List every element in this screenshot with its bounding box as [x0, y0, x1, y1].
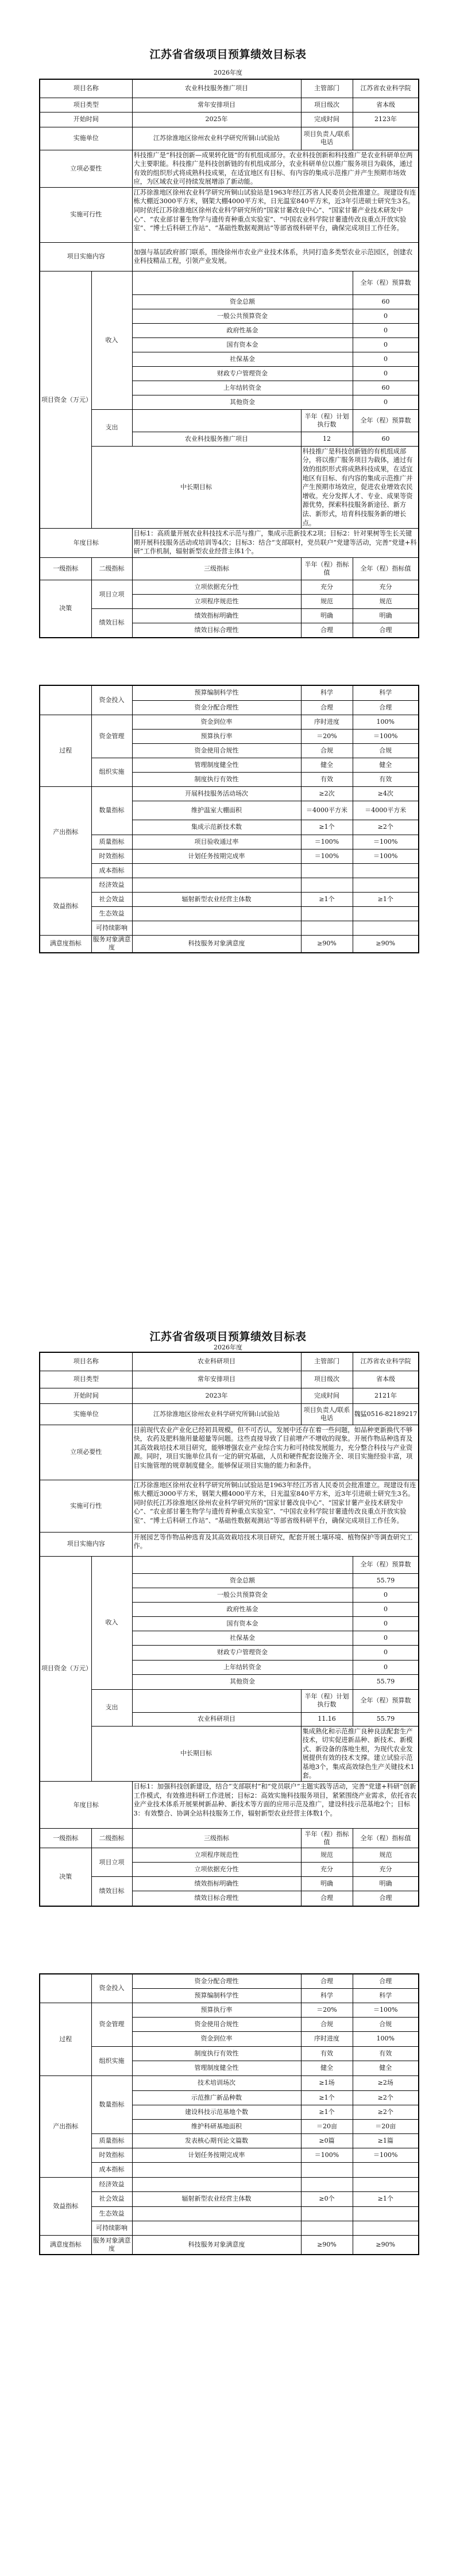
indicator-l3: 资金到位率 — [132, 2031, 301, 2046]
indicator-row: 过程 资金管理 预算执行率 ＝20% ＝100% — [40, 2003, 419, 2017]
indicator-full: ＝100% — [353, 729, 419, 743]
indicator-half: 明确 — [301, 1877, 353, 1891]
indicator-half: 合规 — [301, 2017, 353, 2031]
budget-table-doc1-page2: 资金投入 预算编制科学性 科学 科学 资金分配合理性 合理 合理 过程 资金管理… — [39, 685, 419, 953]
indicator-l3: 科技服务对象满意度 — [132, 935, 301, 953]
label-leader: 项目负责人/联系电话 — [301, 127, 353, 150]
value-start-time: 2023年 — [132, 1388, 301, 1403]
indicator-half: ≥1个 — [301, 2090, 353, 2105]
row-annual: 年度目标 目标1：加强科技创新建设，结合“支部联村”和“党员联户”主题实践等活动… — [40, 1782, 419, 1829]
label-end-time: 完成时间 — [301, 112, 353, 127]
value-start-time: 2025年 — [132, 112, 301, 127]
indicator-full: 健全 — [353, 758, 419, 772]
indicator-l2: 资金投入 — [91, 1974, 132, 2003]
indicator-half: 有效 — [301, 2046, 353, 2061]
income-name: 一般公共预算资金 — [132, 309, 353, 323]
indicator-full: 科学 — [353, 1988, 419, 2003]
indicator-l1: 决策 — [40, 1848, 91, 1906]
indicator-l2: 时效指标 — [91, 849, 132, 863]
income-value: 0 — [353, 1631, 419, 1645]
indicator-half: 健全 — [301, 758, 353, 772]
indicator-full — [353, 2206, 419, 2221]
indicator-half: ＝100% — [301, 2148, 353, 2162]
header-half: 半年（程）指标值 — [301, 558, 353, 580]
indicator-row: 质量指标 项目验收通过率 ＝100% ＝100% — [40, 835, 419, 849]
label-dept: 主管部门 — [301, 1352, 353, 1371]
indicator-row: 时效指标 计划任务按期完成率 ＝100% ＝100% — [40, 2148, 419, 2162]
indicator-l2: 生态效益 — [91, 906, 132, 921]
indicator-l1: 过程 — [40, 2003, 91, 2075]
value-project-level: 省本级 — [353, 1371, 419, 1388]
indicator-row: 产出指标 数量指标 技术培训场次 ≥1场 ≥2场 — [40, 2075, 419, 2090]
value-long-term: 集成熟化和示范推广良种良法配套生产技术，切实促进新品种、新技术、新模式、新设备的… — [301, 1726, 419, 1782]
indicator-l2: 质量指标 — [91, 835, 132, 849]
indicator-half: 序时进度 — [301, 2031, 353, 2046]
header-l1: 一级指标 — [40, 1829, 91, 1848]
label-long-term: 中长期目标 — [91, 446, 301, 528]
indicator-full: ＝20亩 — [353, 2119, 419, 2133]
indicator-row: 资金投入 资金分配合理性 合理 合理 — [40, 1974, 419, 1988]
income-name: 社保基金 — [132, 352, 353, 366]
indicator-full: 科学 — [353, 685, 419, 700]
form-title: 江苏省省级项目预算绩效目标表 — [0, 1328, 456, 1344]
indicator-row: 组织实施 制度执行有效性 有效 有效 — [40, 2046, 419, 2061]
indicator-full: 明确 — [353, 1877, 419, 1891]
indicator-full: 明确 — [353, 609, 419, 623]
indicator-l3: 辐射新型农业经营主体数 — [132, 2191, 301, 2206]
indicator-full: 合理 — [353, 1974, 419, 1988]
income-value: 0 — [353, 309, 419, 323]
income-value: 0 — [353, 337, 419, 352]
indicator-l3 — [132, 863, 301, 878]
label-content: 项目实施内容 — [40, 1532, 132, 1556]
indicator-row: 成本指标 — [40, 2162, 419, 2177]
income-name: 资金总额 — [132, 1573, 353, 1588]
indicator-l3 — [132, 878, 301, 892]
indicator-half: ≥90% — [301, 2235, 353, 2255]
indicator-l3: 项目验收通过率 — [132, 835, 301, 849]
value-feasibility: 江苏徐淮地区徐州农业科学研究所铜山试验站是1963年经江苏省人民委员会批准建立。… — [132, 1480, 419, 1532]
row-indicator-header: 一级指标 二级指标 三级指标 半年（程）指标值 全年（程）指标值 — [40, 1829, 419, 1848]
indicator-half: 有效 — [301, 772, 353, 786]
form-year: 2026年度 — [0, 1343, 456, 1352]
indicator-row: 社会效益 辐射新型农业经营主体数 ≥1个 ≥1个 — [40, 892, 419, 906]
indicator-l2: 成本指标 — [91, 863, 132, 878]
row-feasibility: 实施可行性 江苏徐淮地区徐州农业科学研究所铜山试验站是1963年经江苏省人民委员… — [40, 1480, 419, 1532]
indicator-half: 明确 — [301, 609, 353, 623]
label-annual: 年度目标 — [40, 529, 132, 558]
indicator-full: 合规 — [353, 2017, 419, 2031]
value-leader: 魏猛0516-82189217 — [353, 1403, 419, 1425]
income-value: 55.79 — [353, 1674, 419, 1689]
indicator-l3: 绩效指标明确性 — [132, 1877, 301, 1891]
indicator-full: ≥2个 — [353, 2105, 419, 2119]
indicator-l1 — [40, 685, 91, 715]
row-content: 项目实施内容 开展园艺等作物品种选育及其高效栽培技术项目研究，配套开展土壤环境、… — [40, 1532, 419, 1556]
row-expense-header: 支出 半年（程）计划执行数 全年（程）预算数 — [40, 1689, 419, 1712]
indicator-l3: 资金使用合规性 — [132, 743, 301, 758]
row-long-term: 中长期目标 科技推广是科技创新链的有机组成部分，将以推广服务项目为载体，通过有效… — [40, 446, 419, 528]
indicator-half: ＝20% — [301, 729, 353, 743]
indicator-l2: 成本指标 — [91, 2162, 132, 2177]
indicator-full — [353, 863, 419, 878]
income-name: 财政专户管理资金 — [132, 366, 353, 381]
indicator-full: ＝4000平方米 — [353, 801, 419, 820]
indicator-full: 健全 — [353, 2061, 419, 2075]
indicator-l3: 计划任务按期完成率 — [132, 2148, 301, 2162]
header-l3: 三级指标 — [132, 1829, 301, 1848]
income-value: 55.79 — [353, 1573, 419, 1588]
income-value: 60 — [353, 294, 419, 309]
indicator-l3: 资金分配合理性 — [132, 1974, 301, 1988]
indicator-l2: 服务对象满意度 — [91, 935, 132, 953]
row-necessity: 立项必要性 目前现代农业产业化已经初具规模，但不可否认，发展中还存在着一些问题，… — [40, 1425, 419, 1480]
indicator-half: ≥1场 — [301, 2075, 353, 2090]
indicator-l2: 组织实施 — [91, 758, 132, 786]
indicator-full: ＝100% — [353, 2003, 419, 2017]
indicator-half — [301, 863, 353, 878]
indicator-row: 决策 项目立项 立项依据充分性 充分 充分 — [40, 580, 419, 595]
row-expense-header: 支出 半年（程）计划执行数 全年（程）预算数 — [40, 409, 419, 432]
income-name: 资金总额 — [132, 294, 353, 309]
label-content: 项目实施内容 — [40, 242, 132, 271]
indicator-half — [301, 878, 353, 892]
label-income: 收入 — [91, 271, 132, 409]
indicator-l3: 预算编制科学性 — [132, 685, 301, 700]
indicator-l2: 生态效益 — [91, 2206, 132, 2221]
indicator-half — [301, 2162, 353, 2177]
indicator-half: 健全 — [301, 2061, 353, 2075]
indicator-l3: 维护温室大棚面积 — [132, 801, 301, 820]
indicator-l3: 建设科技示范基地个数 — [132, 2105, 301, 2119]
income-value: 0 — [353, 366, 419, 381]
expense-header-blank — [132, 409, 301, 432]
indicator-half: 科学 — [301, 1988, 353, 2003]
income-name: 政府性基金 — [132, 323, 353, 337]
indicator-l2: 经济效益 — [91, 2177, 132, 2191]
expense-header-half: 半年（程）计划执行数 — [301, 409, 353, 432]
indicator-full: 有效 — [353, 2046, 419, 2061]
label-expense: 支出 — [91, 409, 132, 446]
indicator-l2: 可持续影响 — [91, 921, 132, 935]
income-header-blank — [132, 271, 353, 294]
indicator-l1: 效益指标 — [40, 878, 91, 935]
indicator-row: 产出指标 数量指标 开展科技服务活动场次 ≥2次 ≥4次 — [40, 786, 419, 801]
indicator-row: 决策 项目立项 立项程序规范性 规范 规范 — [40, 1848, 419, 1863]
row-dates: 开始时间 2023年 完成时间 2121年 — [40, 1388, 419, 1403]
indicator-l3: 预算执行率 — [132, 2003, 301, 2017]
income-value: 60 — [353, 381, 419, 395]
row-annual: 年度目标 目标1：高质量开展农业科技技术示范与推广，集成示范新技术2项；目标2：… — [40, 529, 419, 558]
indicator-l2: 绩效目标 — [91, 1877, 132, 1906]
indicator-full — [353, 2162, 419, 2177]
indicator-half: ≥1个 — [301, 892, 353, 906]
label-project-level: 项目级次 — [301, 1371, 353, 1388]
indicator-l2: 数量指标 — [91, 786, 132, 835]
indicator-half: 科学 — [301, 685, 353, 700]
expense-full: 55.79 — [353, 1712, 419, 1726]
label-leader: 项目负责人/联系电话 — [301, 1403, 353, 1425]
value-feasibility: 江苏徐淮地区徐州农业科学研究所铜山试验站是1963年经江苏省人民委员会批准建立。… — [132, 187, 419, 242]
indicator-l3: 制度执行有效性 — [132, 2046, 301, 2061]
indicator-row: 资金投入 预算编制科学性 科学 科学 — [40, 685, 419, 700]
label-unit: 实施单位 — [40, 127, 132, 150]
label-project-name: 项目名称 — [40, 1352, 132, 1371]
value-project-name: 农业科技服务推广项目 — [132, 79, 301, 98]
header-l1: 一级指标 — [40, 558, 91, 580]
indicator-full: ≥2场 — [353, 2075, 419, 2090]
indicator-half: 合理 — [301, 700, 353, 715]
row-project-name: 项目名称 农业科研项目 主管部门 江苏省农业科学院 — [40, 1352, 419, 1371]
value-annual: 目标1：加强科技创新建设，结合“支部联村”和“党员联户”主题实践等活动，完善“党… — [132, 1782, 419, 1829]
indicator-l1: 决策 — [40, 580, 91, 638]
indicator-l3: 示范推广新品种数 — [132, 2090, 301, 2105]
indicator-row: 绩效目标 绩效指标明确性 明确 明确 — [40, 1877, 419, 1891]
value-content: 加强与基层政府部门联系，围绕徐州市农业产业技术体系，共同打造多类型农业示范园区，… — [132, 242, 419, 271]
income-name: 上年结转资金 — [132, 1660, 353, 1674]
indicator-row: 社会效益 辐射新型农业经营主体数 ≥0个 ≥1个 — [40, 2191, 419, 2206]
income-value: 0 — [353, 1616, 419, 1631]
indicator-full: 100% — [353, 715, 419, 729]
label-necessity: 立项必要性 — [40, 150, 132, 187]
indicator-row: 组织实施 管理制度健全性 健全 健全 — [40, 758, 419, 772]
indicator-l3 — [132, 2162, 301, 2177]
label-feasibility: 实施可行性 — [40, 187, 132, 242]
indicator-l3: 绩效目标合理性 — [132, 1891, 301, 1906]
indicator-full — [353, 2221, 419, 2235]
indicator-full: ≥1个 — [353, 892, 419, 906]
value-project-name: 农业科研项目 — [132, 1352, 301, 1371]
form-year: 2026年度 — [0, 68, 456, 77]
expense-name: 农业科技服务推广项目 — [132, 432, 301, 446]
indicator-half — [301, 2177, 353, 2191]
row-dates: 开始时间 2025年 完成时间 2123年 — [40, 112, 419, 127]
indicator-row: 满意度指标 服务对象满意度 科技服务对象满意度 ≥90% ≥90% — [40, 935, 419, 953]
indicator-full — [353, 2177, 419, 2191]
row-indicator-header: 一级指标 二级指标 三级指标 半年（程）指标值 全年（程）指标值 — [40, 558, 419, 580]
income-header-full: 全年（程）预算数 — [353, 1556, 419, 1573]
value-dept: 江苏省农业科学院 — [353, 1352, 419, 1371]
header-l3: 三级指标 — [132, 558, 301, 580]
expense-header-full: 全年（程）预算数 — [353, 409, 419, 432]
expense-half: 12 — [301, 432, 353, 446]
value-leader — [353, 127, 419, 150]
expense-full: 60 — [353, 432, 419, 446]
indicator-l1: 产出指标 — [40, 2075, 91, 2177]
indicator-l3: 技术培训场次 — [132, 2075, 301, 2090]
indicator-half: ≥1个 — [301, 2105, 353, 2119]
indicator-row: 可持续影响 — [40, 921, 419, 935]
income-name: 财政专户管理资金 — [132, 1645, 353, 1660]
label-necessity: 立项必要性 — [40, 1425, 132, 1480]
indicator-full: 合理 — [353, 623, 419, 638]
indicator-l1: 效益指标 — [40, 2177, 91, 2235]
indicator-l2: 资金投入 — [91, 685, 132, 715]
label-project-name: 项目名称 — [40, 79, 132, 98]
indicator-l3: 管理制度健全性 — [132, 758, 301, 772]
income-name: 其他资金 — [132, 1674, 353, 1689]
indicator-l3 — [132, 2206, 301, 2221]
indicator-l3: 科技服务对象满意度 — [132, 2235, 301, 2255]
indicator-full: 有效 — [353, 772, 419, 786]
header-l2: 二级指标 — [91, 558, 132, 580]
indicator-l3: 预算编制科学性 — [132, 1988, 301, 2003]
indicator-l3: 立项依据充分性 — [132, 1863, 301, 1877]
expense-header-half: 半年（程）计划执行数 — [301, 1689, 353, 1712]
indicator-row: 可持续影响 — [40, 2221, 419, 2235]
indicator-half: ≥1个 — [301, 820, 353, 835]
indicator-half: ≥0篇 — [301, 2133, 353, 2148]
indicator-full: 规范 — [353, 595, 419, 609]
indicator-half: ＝100% — [301, 835, 353, 849]
indicator-l3: 立项程序规范性 — [132, 595, 301, 609]
indicator-l3 — [132, 2177, 301, 2191]
indicator-full: ≥1个 — [353, 2191, 419, 2206]
indicator-half: ＝20亩 — [301, 2119, 353, 2133]
indicator-full — [353, 906, 419, 921]
indicator-row: 成本指标 — [40, 863, 419, 878]
indicator-l1 — [40, 1974, 91, 2003]
indicator-l1: 产出指标 — [40, 786, 91, 878]
indicator-row: 满意度指标 服务对象满意度 科技服务对象满意度 ≥90% ≥90% — [40, 2235, 419, 2255]
indicator-half: ≥90% — [301, 935, 353, 953]
indicator-full: ＝100% — [353, 835, 419, 849]
form-title: 江苏省省级项目预算绩效目标表 — [0, 46, 456, 61]
header-half: 半年（程）指标值 — [301, 1829, 353, 1848]
indicator-l2: 服务对象满意度 — [91, 2235, 132, 2255]
indicator-l2: 质量指标 — [91, 2133, 132, 2148]
row-income-header: 项目资金（万元） 收入 全年（程）预算数 — [40, 1556, 419, 1573]
indicator-full: ≥90% — [353, 935, 419, 953]
income-name: 上年结转资金 — [132, 381, 353, 395]
indicator-l3: 预算执行率 — [132, 729, 301, 743]
indicator-l3: 计划任务按期完成率 — [132, 849, 301, 863]
label-project-level: 项目级次 — [301, 98, 353, 112]
indicator-full: 合理 — [353, 1891, 419, 1906]
indicator-l2: 社会效益 — [91, 892, 132, 906]
label-dept: 主管部门 — [301, 79, 353, 98]
indicator-full: 合规 — [353, 743, 419, 758]
expense-header-blank — [132, 1689, 301, 1712]
indicator-half — [301, 2206, 353, 2221]
indicator-half: ＝100% — [301, 849, 353, 863]
header-full: 全年（程）指标值 — [353, 558, 419, 580]
value-necessity: 科技推广是“科技创新—成果转化链”的有机组成部分。农业科技创新和科技推广是农业科… — [132, 150, 419, 187]
indicator-full — [353, 878, 419, 892]
label-project-type: 项目类型 — [40, 1371, 132, 1388]
indicator-row: 绩效目标 绩效指标明确性 明确 明确 — [40, 609, 419, 623]
row-long-term: 中长期目标 集成熟化和示范推广良种良法配套生产技术，切实促进新品种、新技术、新模… — [40, 1726, 419, 1782]
label-funding: 项目资金（万元） — [40, 1556, 91, 1782]
indicator-row: 时效指标 计划任务按期完成率 ＝100% ＝100% — [40, 849, 419, 863]
indicator-full: 合理 — [353, 700, 419, 715]
indicator-l3: 资金分配合理性 — [132, 700, 301, 715]
indicator-half: 合理 — [301, 1891, 353, 1906]
indicator-l3 — [132, 2221, 301, 2235]
indicator-full: ≥1篇 — [353, 2133, 419, 2148]
indicator-full: ≥2个 — [353, 820, 419, 835]
label-feasibility: 实施可行性 — [40, 1480, 132, 1532]
label-unit: 实施单位 — [40, 1403, 132, 1425]
indicator-l3: 资金到位率 — [132, 715, 301, 729]
income-name: 政府性基金 — [132, 1602, 353, 1616]
income-header-blank — [132, 1556, 353, 1573]
value-content: 开展园艺等作物品种选育及其高效栽培技术项目研究，配套开展土壤环境、植物保护等调查… — [132, 1532, 419, 1556]
indicator-l1: 满意度指标 — [40, 2235, 91, 2255]
income-name: 社保基金 — [132, 1631, 353, 1645]
indicator-l3: 发表核心期刊论文篇数 — [132, 2133, 301, 2148]
income-value: 0 — [353, 1588, 419, 1602]
indicator-half: ≥0个 — [301, 2191, 353, 2206]
label-project-type: 项目类型 — [40, 98, 132, 112]
indicator-half: 合理 — [301, 623, 353, 638]
income-value: 0 — [353, 323, 419, 337]
header-l2: 二级指标 — [91, 1829, 132, 1848]
indicator-l3: 集成示范新技术数 — [132, 820, 301, 835]
indicator-l3: 绩效指标明确性 — [132, 609, 301, 623]
indicator-half: 合规 — [301, 743, 353, 758]
label-funding: 项目资金（万元） — [40, 271, 91, 528]
indicator-row: 生态效益 — [40, 906, 419, 921]
value-unit: 江苏徐淮地区徐州农业科学研究所铜山试验站 — [132, 127, 301, 150]
indicator-l2: 项目立项 — [91, 1848, 132, 1877]
indicator-l2: 经济效益 — [91, 878, 132, 892]
row-project-name: 项目名称 农业科技服务推广项目 主管部门 江苏省农业科学院 — [40, 79, 419, 98]
indicator-full: 充分 — [353, 580, 419, 595]
indicator-full: ≥2个 — [353, 2090, 419, 2105]
row-feasibility: 实施可行性 江苏徐淮地区徐州农业科学研究所铜山试验站是1963年经江苏省人民委员… — [40, 187, 419, 242]
indicator-half: ＝20% — [301, 2003, 353, 2017]
indicator-l3: 辐射新型农业经营主体数 — [132, 892, 301, 906]
label-expense: 支出 — [91, 1689, 132, 1726]
value-project-type: 常年安排项目 — [132, 1371, 301, 1388]
indicator-l3: 管理制度健全性 — [132, 2061, 301, 2075]
indicator-half: ＝4000平方米 — [301, 801, 353, 820]
indicator-half — [301, 906, 353, 921]
indicator-l2: 项目立项 — [91, 580, 132, 609]
indicator-full — [353, 921, 419, 935]
row-income-header: 项目资金（万元） 收入 全年（程）预算数 — [40, 271, 419, 294]
indicator-l3: 绩效目标合理性 — [132, 623, 301, 638]
expense-header-full: 全年（程）预算数 — [353, 1689, 419, 1712]
indicator-l1: 满意度指标 — [40, 935, 91, 953]
row-unit: 实施单位 江苏徐淮地区徐州农业科学研究所铜山试验站 项目负责人/联系电话 — [40, 127, 419, 150]
indicator-l2: 资金管理 — [91, 2003, 132, 2046]
indicator-l3 — [132, 906, 301, 921]
label-long-term: 中长期目标 — [91, 1726, 301, 1782]
row-unit: 实施单位 江苏徐淮地区徐州农业科学研究所铜山试验站 项目负责人/联系电话 魏猛0… — [40, 1403, 419, 1425]
indicator-row: 效益指标 经济效益 — [40, 2177, 419, 2191]
row-project-type: 项目类型 常年安排项目 项目级次 省本级 — [40, 1371, 419, 1388]
indicator-half: 充分 — [301, 580, 353, 595]
indicator-half: 充分 — [301, 1863, 353, 1877]
indicator-full: ≥4次 — [353, 786, 419, 801]
budget-table-doc2-page1: 项目名称 农业科研项目 主管部门 江苏省农业科学院 项目类型 常年安排项目 项目… — [39, 1352, 419, 1907]
indicator-full: 规范 — [353, 1848, 419, 1863]
indicator-l2: 可持续影响 — [91, 2221, 132, 2235]
label-start-time: 开始时间 — [40, 112, 132, 127]
value-dept: 江苏省农业科学院 — [353, 79, 419, 98]
indicator-l2: 组织实施 — [91, 2046, 132, 2075]
indicator-half: ≥2次 — [301, 786, 353, 801]
indicator-full: 充分 — [353, 1863, 419, 1877]
indicator-row: 生态效益 — [40, 2206, 419, 2221]
row-content: 项目实施内容 加强与基层政府部门联系，围绕徐州市农业产业技术体系，共同打造多类型… — [40, 242, 419, 271]
indicator-l2: 社会效益 — [91, 2191, 132, 2206]
row-necessity: 立项必要性 科技推广是“科技创新—成果转化链”的有机组成部分。农业科技创新和科技… — [40, 150, 419, 187]
indicator-l2: 时效指标 — [91, 2148, 132, 2162]
value-project-type: 常年安排项目 — [132, 98, 301, 112]
